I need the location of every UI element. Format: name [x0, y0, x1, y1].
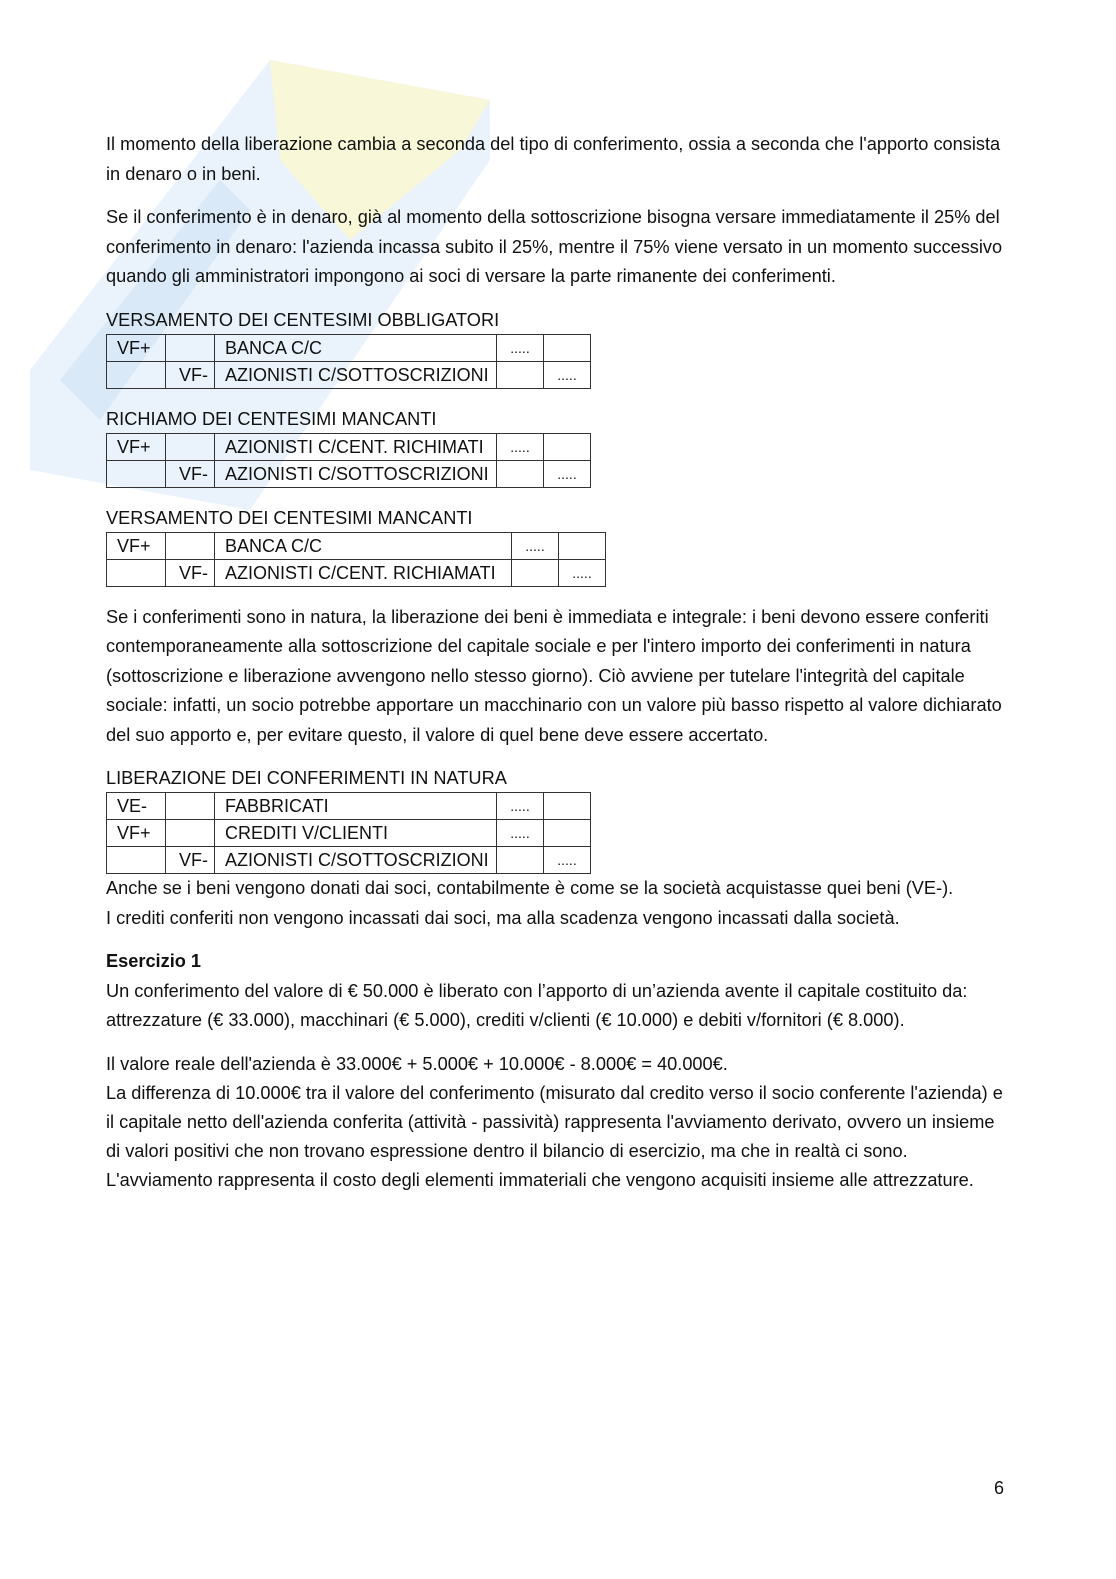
avere-amount: ..... [544, 847, 591, 874]
avere-sign: VF- [166, 847, 215, 874]
table-row: VF- AZIONISTI C/CENT. RICHIAMATI ..... [107, 559, 606, 586]
paragraph-liberazione: Il momento della liberazione cambia a se… [106, 130, 1006, 189]
avere-sign: VF- [166, 559, 215, 586]
dare-amount: ..... [497, 433, 544, 460]
journal-entry-table: VE- FABBRICATI ..... VF+ CREDITI V/CLIEN… [106, 792, 591, 874]
table-row: VF+ CREDITI V/CLIENTI ..... [107, 820, 591, 847]
avere-sign [166, 532, 215, 559]
dare-amount: ..... [512, 532, 559, 559]
avere-sign [166, 433, 215, 460]
table-row: VF- AZIONISTI C/SOTTOSCRIZIONI ..... [107, 361, 591, 388]
journal-entry-table: VF+ AZIONISTI C/CENT. RICHIMATI ..... VF… [106, 433, 591, 488]
exercise-heading: Esercizio 1 [106, 947, 1006, 977]
avere-amount [544, 334, 591, 361]
exercise-solution-difference: La differenza di 10.000€ tra il valore d… [106, 1079, 1006, 1166]
dare-amount [497, 361, 544, 388]
table-row: VF+ BANCA C/C ..... [107, 334, 591, 361]
account-name: CREDITI V/CLIENTI [215, 820, 497, 847]
avere-sign: VF- [166, 361, 215, 388]
avere-amount: ..... [559, 559, 606, 586]
table-title: VERSAMENTO DEI CENTESIMI OBBLIGATORI [106, 306, 1006, 334]
journal-entry-table: VF+ BANCA C/C ..... VF- AZIONISTI C/SOTT… [106, 334, 591, 389]
dare-amount [497, 847, 544, 874]
dare-sign: VF+ [107, 334, 166, 361]
dare-sign: VF+ [107, 433, 166, 460]
dare-sign: VF+ [107, 820, 166, 847]
account-name: AZIONISTI C/SOTTOSCRIZIONI [215, 847, 497, 874]
exercise-solution-value: Il valore reale dell'azienda è 33.000€ +… [106, 1050, 1006, 1079]
dare-sign: VE- [107, 793, 166, 820]
avere-amount [559, 532, 606, 559]
account-name: AZIONISTI C/CENT. RICHIAMATI [215, 559, 512, 586]
avere-sign [166, 334, 215, 361]
table-title: RICHIAMO DEI CENTESIMI MANCANTI [106, 405, 1006, 433]
dare-sign [107, 559, 166, 586]
table-title: VERSAMENTO DEI CENTESIMI MANCANTI [106, 504, 1006, 532]
account-name: AZIONISTI C/CENT. RICHIMATI [215, 433, 497, 460]
paragraph-crediti: I crediti conferiti non vengono incassat… [106, 904, 1006, 934]
page-number: 6 [994, 1478, 1004, 1499]
table-row: VF- AZIONISTI C/SOTTOSCRIZIONI ..... [107, 460, 591, 487]
avere-sign [166, 820, 215, 847]
avere-amount [544, 820, 591, 847]
paragraph-natura: Se i conferimenti sono in natura, la lib… [106, 603, 1006, 751]
account-name: BANCA C/C [215, 532, 512, 559]
account-name: AZIONISTI C/SOTTOSCRIZIONI [215, 460, 497, 487]
dare-amount [497, 460, 544, 487]
table-title: LIBERAZIONE DEI CONFERIMENTI IN NATURA [106, 764, 1006, 792]
avere-sign: VF- [166, 460, 215, 487]
dare-amount: ..... [497, 334, 544, 361]
dare-sign: VF+ [107, 532, 166, 559]
exercise-solution-avviamento: L'avviamento rappresenta il costo degli … [106, 1166, 1006, 1195]
dare-amount: ..... [497, 793, 544, 820]
paragraph-denaro: Se il conferimento è in denaro, già al m… [106, 203, 1006, 292]
document-page: Il momento della liberazione cambia a se… [106, 130, 1006, 1195]
table-row: VF+ BANCA C/C ..... [107, 532, 606, 559]
dare-sign [107, 361, 166, 388]
exercise-statement: Un conferimento del valore di € 50.000 è… [106, 977, 1006, 1036]
paragraph-donati: Anche se i beni vengono donati dai soci,… [106, 874, 1006, 904]
table-row: VF- AZIONISTI C/SOTTOSCRIZIONI ..... [107, 847, 591, 874]
avere-amount: ..... [544, 361, 591, 388]
avere-sign [166, 793, 215, 820]
avere-amount [544, 793, 591, 820]
table-row: VE- FABBRICATI ..... [107, 793, 591, 820]
table-row: VF+ AZIONISTI C/CENT. RICHIMATI ..... [107, 433, 591, 460]
dare-sign [107, 847, 166, 874]
account-name: BANCA C/C [215, 334, 497, 361]
account-name: FABBRICATI [215, 793, 497, 820]
journal-entry-table: VF+ BANCA C/C ..... VF- AZIONISTI C/CENT… [106, 532, 606, 587]
dare-amount: ..... [497, 820, 544, 847]
account-name: AZIONISTI C/SOTTOSCRIZIONI [215, 361, 497, 388]
avere-amount [544, 433, 591, 460]
avere-amount: ..... [544, 460, 591, 487]
dare-sign [107, 460, 166, 487]
dare-amount [512, 559, 559, 586]
